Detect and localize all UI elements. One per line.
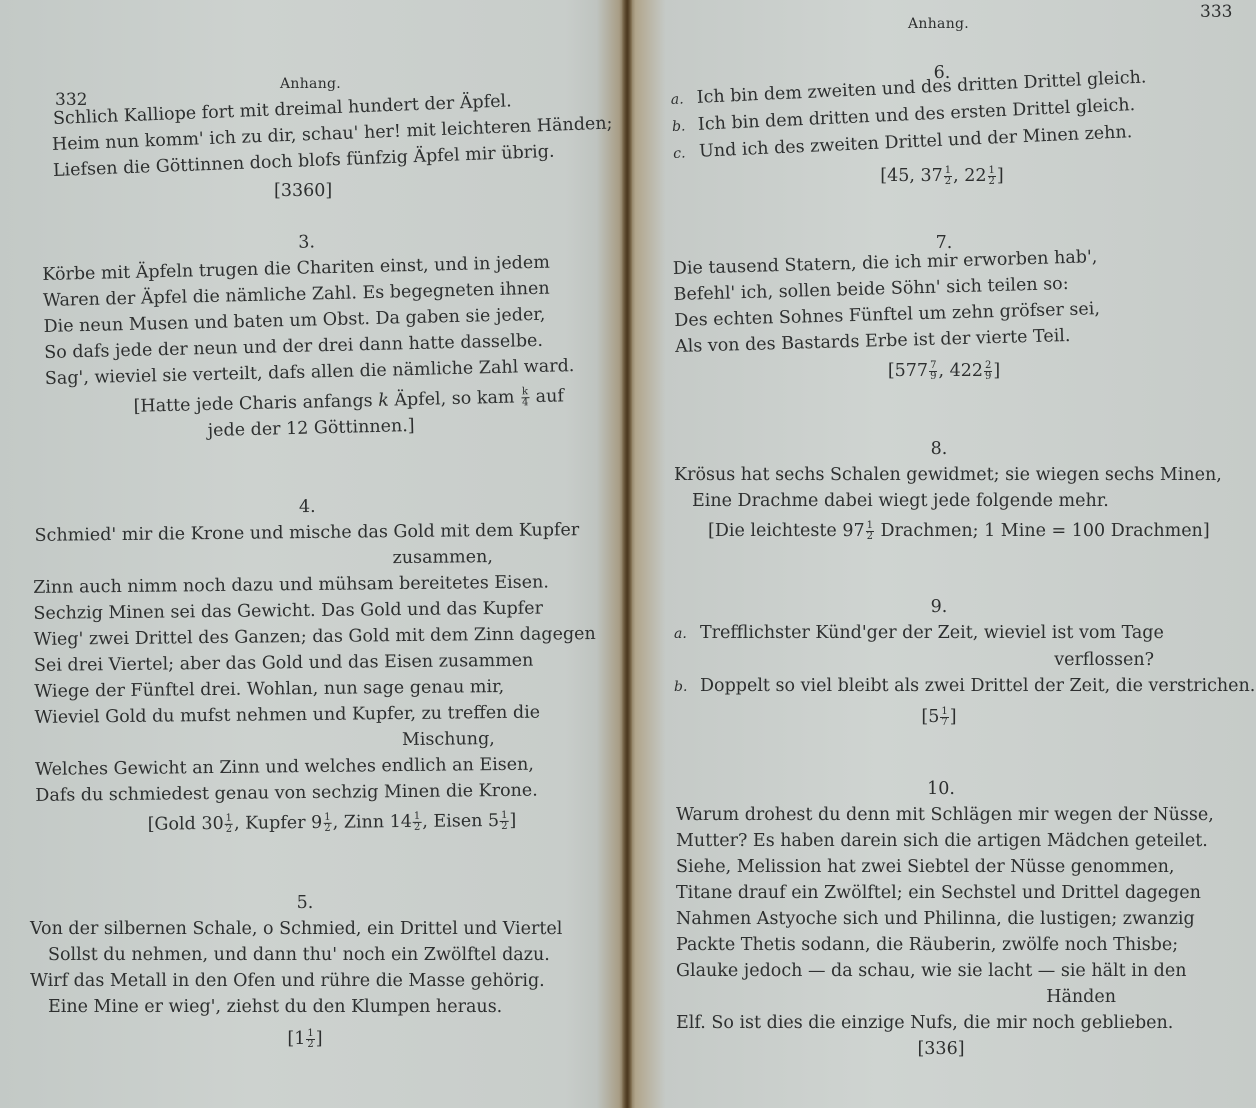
verse-line: Warum drohest du denn mit Schlägen mir w… xyxy=(676,802,1256,828)
fraction: 12 xyxy=(866,521,874,542)
verse-line: Sollst du nehmen, und dann thu' noch ein… xyxy=(30,942,580,968)
problem-9: 9. a.Trefflichster Künd'ger der Zeit, wi… xyxy=(674,594,1256,730)
problem-4: 4. Schmied' mir die Krone und mische das… xyxy=(32,491,586,839)
fraction: k4 xyxy=(521,387,530,408)
problem-number: 9. xyxy=(674,594,1256,620)
problem-7: 7. Die tausend Statern, die ich mir erwo… xyxy=(674,230,1214,384)
verse-line: Dafs du schmiedest genau von sechzig Min… xyxy=(35,777,585,809)
running-head: Anhang. xyxy=(280,76,341,92)
page-number: 333 xyxy=(1200,2,1232,22)
list-item: a.Trefflichster Künd'ger der Zeit, wievi… xyxy=(674,620,1256,647)
answer: [3360] xyxy=(274,178,332,204)
list-item: b.Doppelt so viel bleibt als zwei Dritte… xyxy=(674,673,1256,700)
problem-8: 8. Krösus hat sechs Schalen gewidmet; si… xyxy=(674,436,1256,544)
fraction: 12 xyxy=(988,166,996,187)
fraction: 29 xyxy=(984,361,992,382)
problem-number: 10. xyxy=(676,776,1256,802)
fraction: 12 xyxy=(225,814,234,835)
answer: [45, 3712, 2212] xyxy=(672,163,1212,189)
fraction: 12 xyxy=(323,813,332,834)
answer: [517] xyxy=(674,704,1256,730)
verse-line: Von der silbernen Schale, o Schmied, ein… xyxy=(30,916,580,942)
problem-number: 5. xyxy=(30,890,580,916)
verse-line: Titane drauf ein Zwölftel; ein Sechstel … xyxy=(676,880,1256,906)
problem-10: 10. Warum drohest du denn mit Schlägen m… xyxy=(676,776,1256,1062)
verse-line: Nahmen Astyoche sich und Philinna, die l… xyxy=(676,906,1256,932)
fraction: 17 xyxy=(940,707,948,728)
verse-line: Eine Drachme dabei wiegt jede folgende m… xyxy=(674,488,1256,514)
fraction: 12 xyxy=(500,811,509,832)
right-page: Anhang. 333 6. a.Ich bin dem zweiten und… xyxy=(632,0,1256,1108)
problem-2-ending: Schlich Kalliope fort mit dreimal hunder… xyxy=(51,85,594,184)
running-head: Anhang. xyxy=(908,16,969,32)
answer: [112] xyxy=(30,1026,580,1052)
verse-line: Mutter? Es haben darein sich die artigen… xyxy=(676,828,1256,854)
fraction: 12 xyxy=(306,1029,314,1050)
verse-line: Packte Thetis sodann, die Räuberin, zwöl… xyxy=(676,932,1256,958)
answer: [57779, 42229] xyxy=(674,358,1214,384)
verse-line-continued: Händen xyxy=(676,984,1256,1010)
fraction: 12 xyxy=(413,812,422,833)
fraction: 79 xyxy=(929,361,937,382)
book-spread: Anhang. 332 Schlich Kalliope fort mit dr… xyxy=(0,0,1256,1108)
verse-line: Elf. So ist dies die einzige Nufs, die m… xyxy=(676,1010,1256,1036)
verse-line: Krösus hat sechs Schalen gewidmet; sie w… xyxy=(674,462,1256,488)
problem-number: 8. xyxy=(674,436,1256,462)
left-page: Anhang. 332 Schlich Kalliope fort mit dr… xyxy=(0,0,625,1108)
fraction: 12 xyxy=(944,166,952,187)
verse-line: Wirf das Metall in den Ofen und rühre di… xyxy=(30,968,580,994)
answer: [Die leichteste 9712 Drachmen; 1 Mine = … xyxy=(674,518,1256,544)
list-item-continued: verflossen? xyxy=(674,647,1256,673)
verse-line: Siehe, Melission hat zwei Siebtel der Nü… xyxy=(676,854,1256,880)
answer: [336] xyxy=(676,1036,1256,1062)
problem-6: 6. a.Ich bin dem zweiten und des dritten… xyxy=(672,60,1212,189)
problem-5: 5. Von der silbernen Schale, o Schmied, … xyxy=(30,890,580,1052)
verse-line: Eine Mine er wieg', ziehst du den Klumpe… xyxy=(30,994,580,1020)
answer: [Gold 3012, Kupfer 912, Zinn 1412, Eisen… xyxy=(36,807,586,839)
problem-3: 3. Körbe mit Äpfeln trugen die Chariten … xyxy=(41,223,576,448)
verse-line: Glauke jedoch — da schau, wie sie lacht … xyxy=(676,958,1256,984)
